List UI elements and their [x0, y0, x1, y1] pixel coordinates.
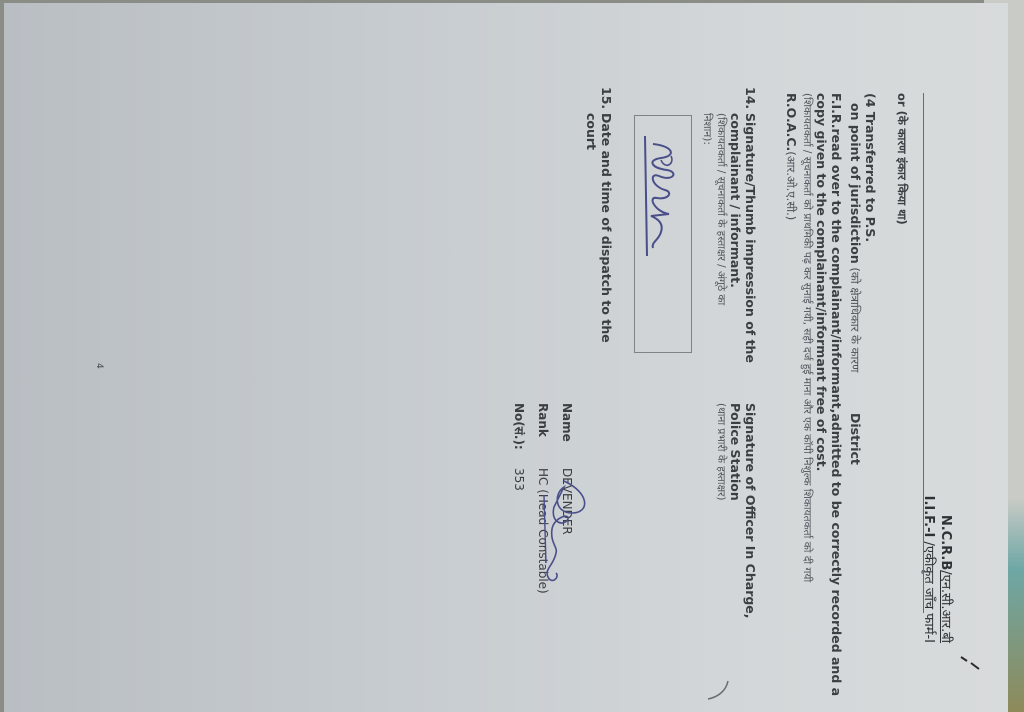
- fir-read-hindi: (शिकायतकर्ता / सूचनाकर्ता को प्राथमिकी प…: [799, 93, 814, 582]
- pen-mark: [959, 653, 989, 673]
- item14-hindi1: (शिकायतकर्ता / सूचनाकर्ता के हस्ताक्षर /…: [713, 113, 728, 305]
- roac-hindi: (आर.ओ.ए.सी.): [784, 151, 798, 220]
- officer-sign-line1: Signature of Officer In Charge,: [743, 403, 758, 619]
- fir-read-line1: F.I.R.read over to the complainant/infor…: [829, 93, 844, 696]
- refused-text: or (के कारण इंकार किया था): [895, 93, 909, 225]
- page-number: 4: [94, 363, 104, 369]
- header-ncrb-hindi: /एन.सी.आर.बी: [938, 570, 953, 643]
- item14-line2: complainant / informant.: [728, 113, 743, 288]
- fir-read-line2: copy given to the complainant/informant …: [814, 93, 829, 471]
- pen-smudge: [704, 679, 734, 703]
- item15-number: 15.: [599, 87, 614, 109]
- item14-hindi2: निशान):: [699, 113, 714, 145]
- header-rule: [923, 93, 924, 613]
- officer-sign-line2: Police Station: [728, 403, 743, 501]
- no-label: No(सं.):: [511, 403, 526, 450]
- item15-line1: Date and time of dispatch to the: [599, 113, 614, 343]
- fir-page-rotated: N.C.R.B/एन.सी.आर.बी I.I.F.-I /एकीकृत जाँ…: [134, 73, 954, 712]
- item15-line2: court: [584, 113, 599, 150]
- jurisdiction-text: on point of jurisdiction: [848, 103, 863, 264]
- document-paper: N.C.R.B/एन.सी.आर.बी I.I.F.-I /एकीकृत जाँ…: [4, 3, 1008, 712]
- complainant-signature-box: [634, 115, 692, 353]
- complainant-signature: [635, 116, 691, 352]
- transferred-label: (4 Transferred to P.S.: [863, 93, 878, 242]
- header-ncrb: N.C.R.B: [938, 515, 953, 570]
- roac-line: R.O.A.C.(आर.ओ.ए.सी.): [783, 93, 799, 220]
- jurisdiction-hindi: (को क्षेत्राधिकार के कारण: [848, 264, 862, 373]
- district-label: District: [848, 413, 863, 465]
- officer-sign-hindi: (थाना प्रभारी के हस्ताक्षर): [713, 403, 728, 501]
- refused-line: or (के कारण इंकार किया था): [894, 93, 910, 225]
- name-label: Name: [559, 403, 574, 442]
- jurisdiction-line: on point of jurisdiction (को क्षेत्राधिक…: [847, 103, 863, 372]
- rank-label: Rank: [535, 403, 550, 437]
- roac-text: R.O.A.C.: [784, 93, 799, 151]
- item14-line1: Signature/Thumb impression of the: [743, 113, 758, 363]
- item14-number: 14.: [743, 87, 758, 109]
- officer-signature: [524, 473, 594, 593]
- form-header: N.C.R.B/एन.सी.आर.बी I.I.F.-I /एकीकृत जाँ…: [920, 496, 954, 643]
